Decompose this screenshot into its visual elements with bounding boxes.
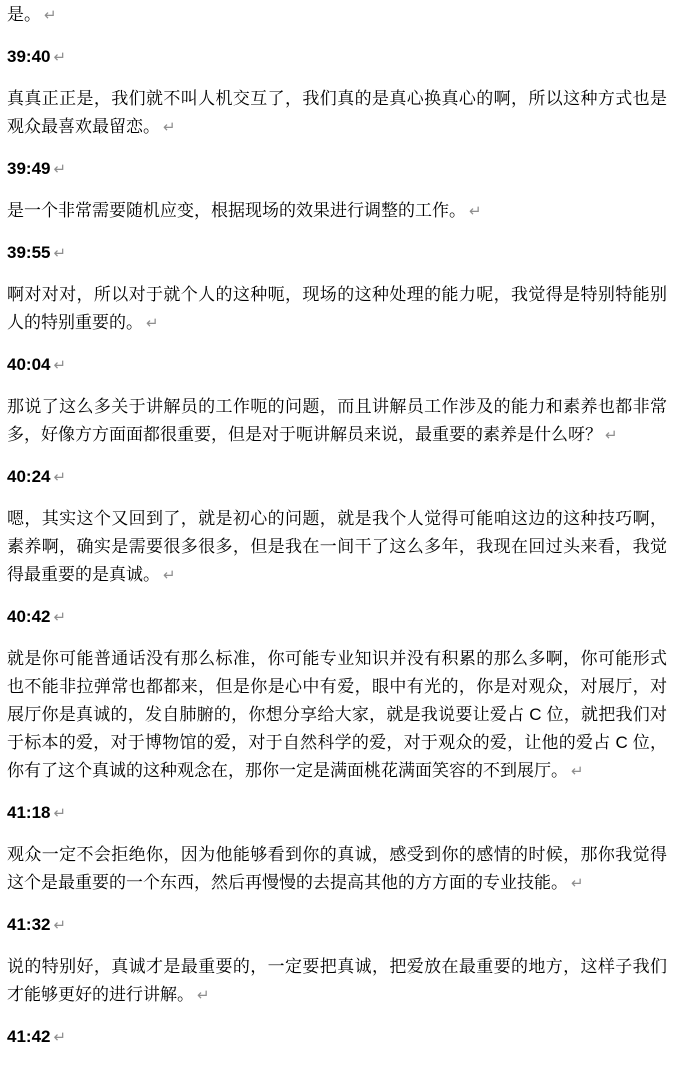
paragraph-mark-icon: ↵ [163,566,176,584]
transcript-document: 是。↵ 39:40↵ 真真正正是，我们就不叫人机交互了，我们真的是真心换真心的啊… [0,0,676,1051]
paragraph-text: 观众一定不会拒绝你，因为他能够看到你的真诚，感受到你的感情的时候，那你我觉得这个… [7,845,667,892]
paragraph-text: 真真正正是，我们就不叫人机交互了，我们真的是真心换真心的啊，所以这种方式也是观众… [7,89,667,136]
paragraph-mark-icon: ↵ [53,48,66,66]
paragraph-mark-icon: ↵ [605,426,618,444]
transcript-paragraph: 是。↵ [7,1,667,29]
timestamp-label: 39:49↵ [7,155,667,183]
paragraph-text: 就是你可能普通话没有那么标准，你可能专业知识并没有积累的那么多啊，你可能形式也不… [7,649,667,780]
paragraph-text: 那说了这么多关于讲解员的工作呃的问题，而且讲解员工作涉及的能力和素养也都非常多，… [7,397,667,444]
transcript-paragraph: 啊对对对，所以对于就个人的这种呃，现场的这种处理的能力呢，我觉得是特别特能别人的… [7,281,667,337]
paragraph-mark-icon: ↵ [44,6,57,24]
paragraph-text: 39:55 [7,243,50,262]
transcript-paragraph: 真真正正是，我们就不叫人机交互了，我们真的是真心换真心的啊，所以这种方式也是观众… [7,85,667,141]
paragraph-mark-icon: ↵ [53,804,66,822]
paragraph-text: 41:42 [7,1027,50,1046]
paragraph-text: 41:32 [7,915,50,934]
transcript-paragraph: 嗯，其实这个又回到了，就是初心的问题，就是我个人觉得可能咱这边的这种技巧啊，素养… [7,505,667,589]
paragraph-mark-icon: ↵ [197,986,210,1004]
transcript-paragraph: 观众一定不会拒绝你，因为他能够看到你的真诚，感受到你的感情的时候，那你我觉得这个… [7,841,667,897]
transcript-paragraph: 就是你可能普通话没有那么标准，你可能专业知识并没有积累的那么多啊，你可能形式也不… [7,645,667,785]
timestamp-label: 40:42↵ [7,603,667,631]
timestamp-label: 40:24↵ [7,463,667,491]
paragraph-text: 是一个非常需要随机应变，根据现场的效果进行调整的工作。 [7,201,466,220]
paragraph-text: 39:49 [7,159,50,178]
paragraph-mark-icon: ↵ [571,874,584,892]
paragraph-text: 41:18 [7,803,50,822]
paragraph-text: 嗯，其实这个又回到了，就是初心的问题，就是我个人觉得可能咱这边的这种技巧啊，素养… [7,509,667,584]
timestamp-label: 41:42↵ [7,1023,667,1051]
timestamp-label: 39:40↵ [7,43,667,71]
paragraph-text: 40:42 [7,607,50,626]
paragraph-text: 说的特别好，真诚才是最重要的，一定要把真诚，把爱放在最重要的地方，这样子我们才能… [7,957,667,1004]
timestamp-label: 39:55↵ [7,239,667,267]
paragraph-text: 40:24 [7,467,50,486]
transcript-paragraph: 说的特别好，真诚才是最重要的，一定要把真诚，把爱放在最重要的地方，这样子我们才能… [7,953,667,1009]
transcript-paragraph: 那说了这么多关于讲解员的工作呃的问题，而且讲解员工作涉及的能力和素养也都非常多，… [7,393,667,449]
paragraph-text: 39:40 [7,47,50,66]
paragraph-mark-icon: ↵ [146,314,159,332]
paragraph-mark-icon: ↵ [53,468,66,486]
paragraph-mark-icon: ↵ [53,916,66,934]
timestamp-label: 40:04↵ [7,351,667,379]
timestamp-label: 41:32↵ [7,911,667,939]
paragraph-mark-icon: ↵ [53,1028,66,1046]
paragraph-mark-icon: ↵ [571,762,584,780]
timestamp-label: 41:18↵ [7,799,667,827]
paragraph-mark-icon: ↵ [53,356,66,374]
paragraph-mark-icon: ↵ [469,202,482,220]
paragraph-mark-icon: ↵ [53,608,66,626]
paragraph-text: 40:04 [7,355,50,374]
paragraph-mark-icon: ↵ [163,118,176,136]
paragraph-text: 啊对对对，所以对于就个人的这种呃，现场的这种处理的能力呢，我觉得是特别特能别人的… [7,285,667,332]
paragraph-mark-icon: ↵ [53,160,66,178]
paragraph-mark-icon: ↵ [53,244,66,262]
paragraph-text: 是。 [7,5,41,24]
transcript-paragraph: 是一个非常需要随机应变，根据现场的效果进行调整的工作。↵ [7,197,667,225]
